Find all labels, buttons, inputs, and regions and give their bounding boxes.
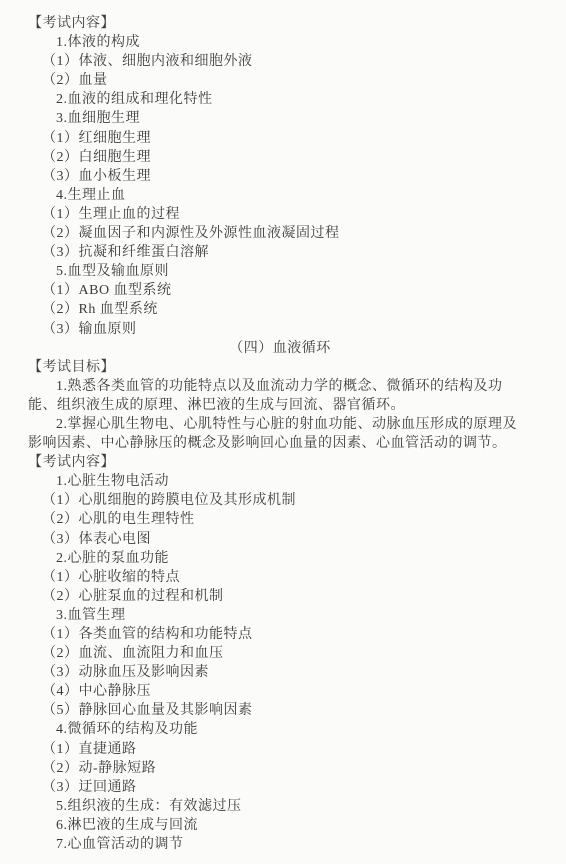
list-item-sub: （1）生理止血的过程: [28, 205, 548, 224]
list-item-numbered: 1.心脏生物电活动: [28, 472, 548, 491]
document-page: 【考试内容】 1.体液的构成 （1）体液、细胞内液和细胞外液 （2）血量 2.血…: [0, 0, 566, 864]
list-item-sub: （2）血流、血流阻力和血压: [28, 644, 548, 663]
list-item-sub: （3）输血原则: [28, 320, 548, 339]
list-item-numbered: 5.血型及输血原则: [28, 262, 548, 281]
list-item-sub: （1）红细胞生理: [28, 129, 548, 148]
list-item-numbered: 1.体液的构成: [28, 33, 548, 52]
list-item-numbered: 3.血细胞生理: [28, 109, 548, 128]
paragraph-line: 2.掌握心肌生物电、心肌特性与心脏的射血功能、动脉血压形成的原理及: [28, 415, 548, 434]
list-item-numbered: 7.心血管活动的调节: [28, 835, 548, 854]
paragraph-line: 1.熟悉各类血管的功能特点以及血流动力学的概念、微循环的结构及功: [28, 377, 548, 396]
paragraph-continuation: 影响因素、中心静脉压的概念及影响回心血量的因素、心血管活动的调节。: [28, 434, 548, 453]
list-item-numbered: 3.血管生理: [28, 606, 548, 625]
list-item-sub: （2）白细胞生理: [28, 148, 548, 167]
list-item-sub: （1）ABO 血型系统: [28, 281, 548, 300]
list-item-sub: （2）动-静脉短路: [28, 759, 548, 778]
paragraph-continuation: 能、组织液生成的原理、淋巴液的生成与回流、器官循环。: [28, 396, 548, 415]
section-title-centered: （四）血液循环: [28, 339, 532, 358]
list-item-sub: （1）直捷通路: [28, 740, 548, 759]
list-item-sub: （3）动脉血压及影响因素: [28, 663, 548, 682]
list-item-numbered: 4.生理止血: [28, 186, 548, 205]
list-item-sub: （1）心肌细胞的跨膜电位及其形成机制: [28, 491, 548, 510]
list-item-sub: （1）心脏收缩的特点: [28, 568, 548, 587]
list-item-sub: （3）抗凝和纤维蛋白溶解: [28, 243, 548, 262]
section-header: 【考试内容】: [28, 14, 548, 33]
section-header: 【考试目标】: [28, 358, 548, 377]
list-item-sub: （2）凝血因子和内源性及外源性血液凝固过程: [28, 224, 548, 243]
list-item-sub: （1）体液、细胞内液和细胞外液: [28, 52, 548, 71]
list-item-numbered: 2.心脏的泵血功能: [28, 549, 548, 568]
list-item-sub: （2）心脏泵血的过程和机制: [28, 587, 548, 606]
list-item-sub: （4）中心静脉压: [28, 682, 548, 701]
list-item-sub: （1）各类血管的结构和功能特点: [28, 625, 548, 644]
list-item-sub: （2）血量: [28, 71, 548, 90]
section-header: 【考试内容】: [28, 453, 548, 472]
list-item-sub: （2）心肌的电生理特性: [28, 510, 548, 529]
list-item-numbered: 5.组织液的生成：有效滤过压: [28, 797, 548, 816]
list-item-sub: （3）迂回通路: [28, 778, 548, 797]
list-item-numbered: 2.血液的组成和理化特性: [28, 90, 548, 109]
list-item-sub: （5）静脉回心血量及其影响因素: [28, 701, 548, 720]
list-item-numbered: 4.微循环的结构及功能: [28, 720, 548, 739]
list-item-numbered: 6.淋巴液的生成与回流: [28, 816, 548, 835]
list-item-sub: （3）体表心电图: [28, 530, 548, 549]
document-content: 【考试内容】 1.体液的构成 （1）体液、细胞内液和细胞外液 （2）血量 2.血…: [28, 14, 548, 854]
list-item-sub: （3）血小板生理: [28, 167, 548, 186]
list-item-sub: （2）Rh 血型系统: [28, 300, 548, 319]
